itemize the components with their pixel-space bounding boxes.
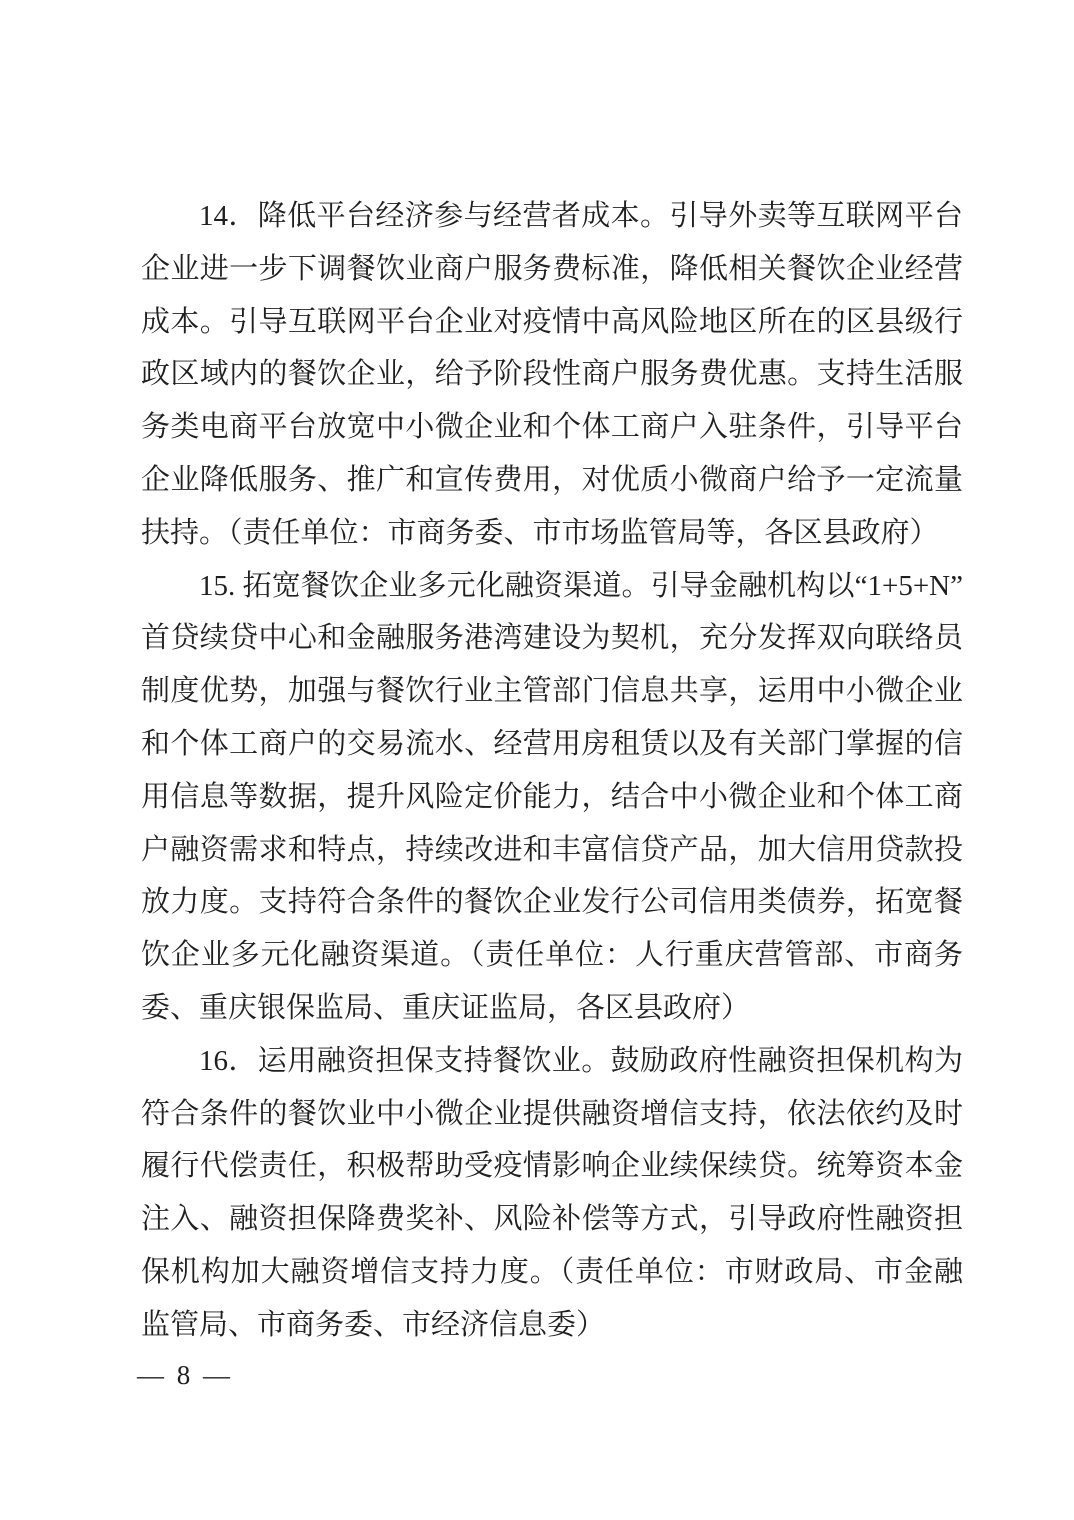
paragraph-14-line: 扶持。（责任单位：市商务委、市市场监管局等，各区县政府） bbox=[141, 507, 963, 560]
paragraph-15-line: 和个体工商户的交易流水、经营用房租赁以及有关部门掌握的信 bbox=[141, 718, 963, 771]
paragraph-16-line: 注入、融资担保降费奖补、风险补偿等方式，引导政府性融资担 bbox=[141, 1193, 963, 1246]
paragraph-15-line: 首贷续贷中心和金融服务港湾建设为契机，充分发挥双向联络员 bbox=[141, 612, 963, 665]
paragraph-16-line: 监管局、市商务委、市经济信息委） bbox=[141, 1299, 963, 1352]
paragraph-16-line: 保机构加大融资增信支持力度。（责任单位：市财政局、市金融 bbox=[141, 1246, 963, 1299]
paragraph-14-line: 成本。引导互联网平台企业对疫情中高风险地区所在的区县级行 bbox=[141, 296, 963, 349]
paragraph-15-line: 放力度。支持符合条件的餐饮企业发行公司信用类债券，拓宽餐 bbox=[141, 876, 963, 929]
paragraph-16-line: 符合条件的餐饮业中小微企业提供融资增信支持，依法依约及时 bbox=[141, 1088, 963, 1141]
paragraph-14-line: 企业降低服务、推广和宣传费用，对优质小微商户给予一定流量 bbox=[141, 454, 963, 507]
paragraph-item-15: 15. 拓宽餐饮企业多元化融资渠道。引导金融机构以“1+5+N” 首贷续贷中心和… bbox=[141, 560, 963, 1035]
paragraph-14-line: 14．降低平台经济参与经营者成本。引导外卖等互联网平台 bbox=[141, 190, 963, 243]
page-number: — 8 — bbox=[137, 1358, 233, 1392]
paragraph-15-line: 户融资需求和特点，持续改进和丰富信贷产品，加大信用贷款投 bbox=[141, 824, 963, 877]
paragraph-15-line: 15. 拓宽餐饮企业多元化融资渠道。引导金融机构以“1+5+N” bbox=[141, 560, 963, 613]
paragraph-item-16: 16．运用融资担保支持餐饮业。鼓励政府性融资担保机构为 符合条件的餐饮业中小微企… bbox=[141, 1035, 963, 1352]
paragraph-15-line: 饮企业多元化融资渠道。（责任单位：人行重庆营管部、市商务 bbox=[141, 929, 963, 982]
paragraph-14-line: 政区域内的餐饮企业，给予阶段性商户服务费优惠。支持生活服 bbox=[141, 348, 963, 401]
document-body: 14．降低平台经济参与经营者成本。引导外卖等互联网平台 企业进一步下调餐饮业商户… bbox=[141, 190, 963, 1352]
paragraph-15-line: 制度优势，加强与餐饮行业主管部门信息共享，运用中小微企业 bbox=[141, 665, 963, 718]
paragraph-item-14: 14．降低平台经济参与经营者成本。引导外卖等互联网平台 企业进一步下调餐饮业商户… bbox=[141, 190, 963, 560]
paragraph-15-line: 委、重庆银保监局、重庆证监局，各区县政府） bbox=[141, 982, 963, 1035]
document-page: 14．降低平台经济参与经营者成本。引导外卖等互联网平台 企业进一步下调餐饮业商户… bbox=[0, 0, 1074, 1520]
paragraph-14-line: 企业进一步下调餐饮业商户服务费标准，降低相关餐饮企业经营 bbox=[141, 243, 963, 296]
paragraph-16-line: 履行代偿责任，积极帮助受疫情影响企业续保续贷。统筹资本金 bbox=[141, 1140, 963, 1193]
paragraph-16-line: 16．运用融资担保支持餐饮业。鼓励政府性融资担保机构为 bbox=[141, 1035, 963, 1088]
paragraph-15-line: 用信息等数据，提升风险定价能力，结合中小微企业和个体工商 bbox=[141, 771, 963, 824]
paragraph-14-line: 务类电商平台放宽中小微企业和个体工商户入驻条件，引导平台 bbox=[141, 401, 963, 454]
